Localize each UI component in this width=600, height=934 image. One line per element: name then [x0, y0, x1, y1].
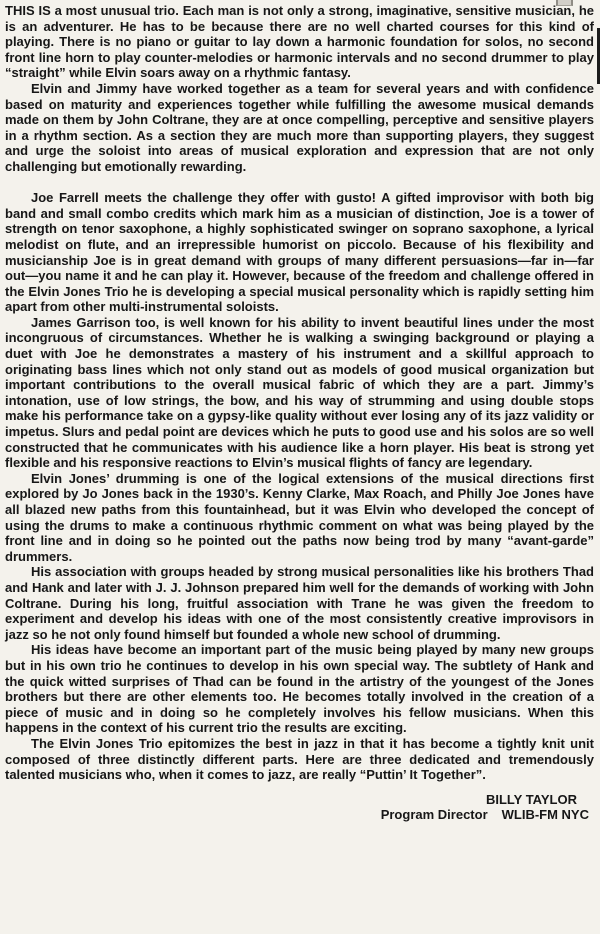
- liner-notes-page: THIS IS a most unusual trio. Each man is…: [0, 0, 600, 934]
- paragraph-intro-trio: THIS IS a most unusual trio. Each man is…: [5, 3, 594, 81]
- signature-org: WLIB-FM NYC: [502, 807, 589, 822]
- paragraph-associations: His association with groups headed by st…: [5, 564, 594, 642]
- signature-name: BILLY TAYLOR: [5, 792, 577, 808]
- paragraph-his-ideas: His ideas have become an important part …: [5, 642, 594, 736]
- paragraph-conclusion: The Elvin Jones Trio epitomizes the best…: [5, 736, 594, 783]
- scan-artifact-top: [556, 0, 573, 6]
- paragraph-elvin-and-jimmy: Elvin and Jimmy have worked together as …: [5, 81, 594, 175]
- signature-block: BILLY TAYLOR Program DirectorWLIB-FM NYC: [5, 792, 594, 823]
- signature-role: Program Director: [381, 807, 488, 822]
- paragraph-elvin-drumming: Elvin Jones’ drumming is one of the logi…: [5, 471, 594, 565]
- paragraph-joe-farrell: Joe Farrell meets the challenge they off…: [5, 190, 594, 315]
- signature-title-line: Program DirectorWLIB-FM NYC: [5, 807, 589, 823]
- paragraph-james-garrison: James Garrison too, is well known for hi…: [5, 315, 594, 471]
